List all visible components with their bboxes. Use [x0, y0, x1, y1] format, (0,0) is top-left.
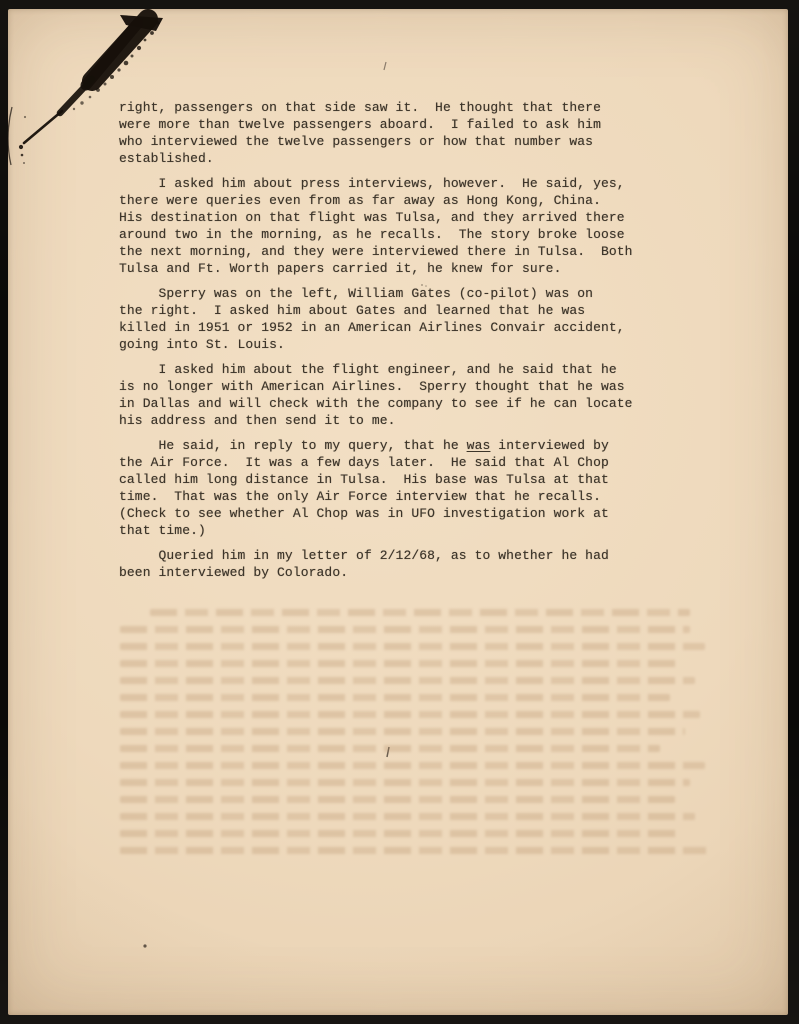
document-page: right, passengers on that side saw it. H… [8, 9, 788, 1015]
paragraph-3: Sperry was on the left, William Gates (c… [119, 285, 737, 353]
typed-text: right, passengers on that side saw it. H… [119, 99, 737, 589]
paragraph-5-post: interviewed by the Air Force. It was a f… [119, 438, 609, 538]
underlined-word: was [467, 438, 491, 453]
paragraph-6: Queried him in my letter of 2/12/68, as … [119, 547, 737, 581]
paragraph-4: I asked him about the flight engineer, a… [119, 361, 737, 429]
paragraph-5-pre: He said, in reply to my query, that he [119, 438, 467, 453]
paragraph-5: He said, in reply to my query, that he w… [119, 437, 737, 539]
paragraph-1: right, passengers on that side saw it. H… [119, 99, 737, 167]
paragraph-2: I asked him about press interviews, howe… [119, 175, 737, 277]
